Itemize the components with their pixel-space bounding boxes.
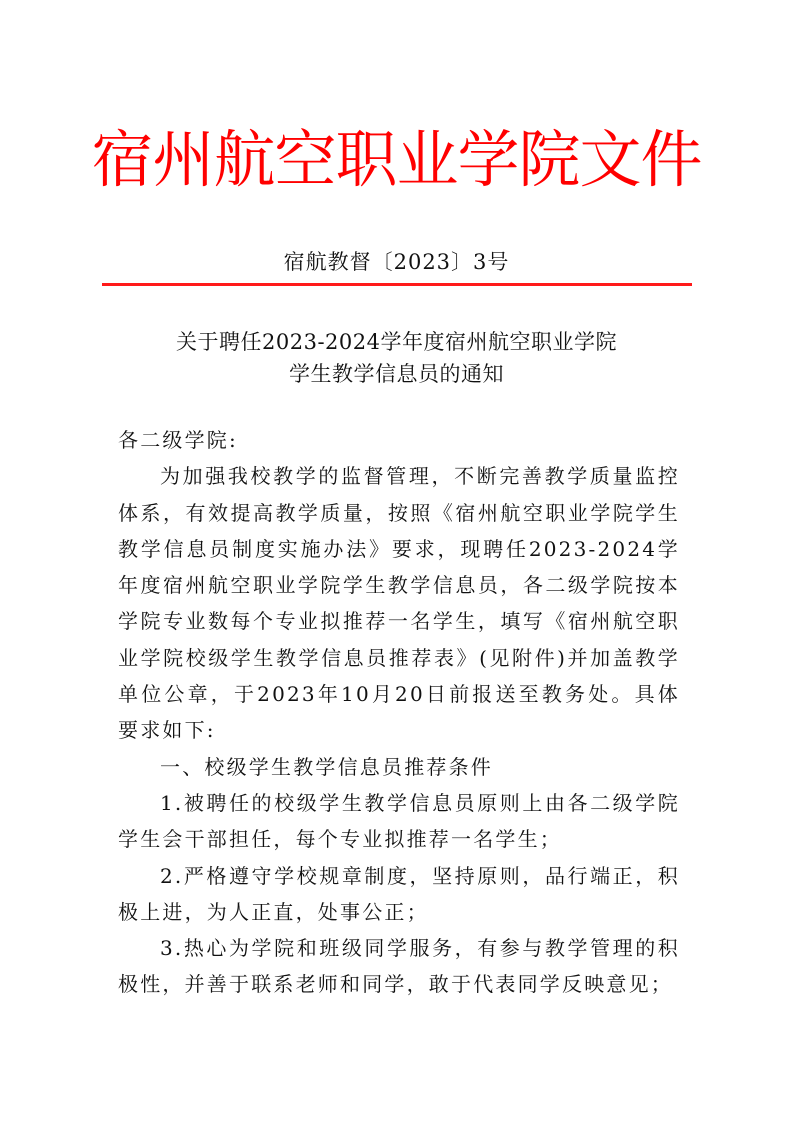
condition-item-1: 1.被聘任的校级学生教学信息员原则上由各二级学院学生会干部担任，每个专业拟推荐一…: [118, 785, 680, 858]
paragraph-intro: 为加强我校教学的监督管理，不断完善教学质量监控体系，有效提高教学质量，按照《宿州…: [118, 458, 680, 748]
condition-item-2: 2.严格遵守学校规章制度，坚持原则，品行端正，积极上进，为人正直，处事公正；: [118, 858, 680, 931]
document-title-line-2: 学生教学信息员的通知: [0, 358, 793, 390]
header-divider: [102, 283, 692, 286]
document-number: 宿航教督〔2023〕3号: [0, 246, 793, 278]
document-header-title: 宿州航空职业学院文件: [0, 122, 793, 198]
condition-item-3: 3.热心为学院和班级同学服务，有参与教学管理的积极性，并善于联系老师和同学，敢于…: [118, 930, 680, 1003]
document-body: 各二级学院: 为加强我校教学的监督管理，不断完善教学质量监控体系，有效提高教学质…: [118, 422, 680, 1003]
section-heading-1: 一、校级学生教学信息员推荐条件: [118, 749, 680, 785]
document-title: 关于聘任2023-2024学年度宿州航空职业学院 学生教学信息员的通知: [0, 326, 793, 390]
salutation: 各二级学院:: [118, 422, 680, 458]
document-title-line-1: 关于聘任2023-2024学年度宿州航空职业学院: [0, 326, 793, 358]
